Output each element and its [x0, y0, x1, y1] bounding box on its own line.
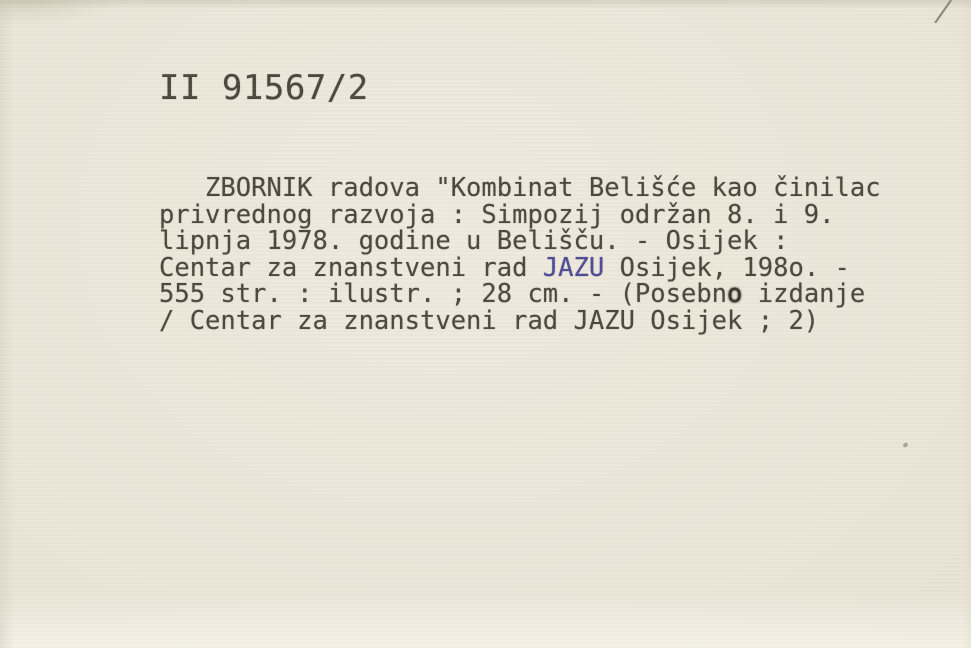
call-number: II 91567/2 — [159, 68, 369, 108]
scan-corner-shading — [0, 0, 120, 26]
record-line: privrednog razvoja : Simpozij održan 8. … — [159, 202, 881, 229]
catalog-card: / II 91567/2 ZBORNIK radova "Kombinat Be… — [0, 0, 971, 648]
record-segment: privrednog razvoja : Simpozij održan 8. … — [159, 200, 835, 230]
record-segment: izdanje — [742, 279, 865, 309]
record-segment: Centar za znanstveni rad — [159, 253, 543, 283]
record-segment: 555 str. : ilustr. ; 28 cm. - (Posebn — [159, 279, 727, 309]
record-segment: ZBORNIK radova "Kombinat Belišće kao čin… — [159, 173, 881, 203]
bibliographic-record: ZBORNIK radova "Kombinat Belišće kao čin… — [159, 175, 881, 335]
record-segment: lipnja 1978. godine u Belišču. - Osijek … — [159, 226, 788, 256]
record-line: 555 str. : ilustr. ; 28 cm. - (Posebno i… — [159, 281, 881, 308]
record-line: ZBORNIK radova "Kombinat Belišće kao čin… — [159, 175, 881, 202]
record-segment-blot: o — [727, 279, 742, 309]
record-line: Centar za znanstveni rad JAZU Osijek, 19… — [159, 255, 881, 282]
record-line: / Centar za znanstveni rad JAZU Osijek ;… — [159, 308, 881, 335]
record-line: lipnja 1978. godine u Belišču. - Osijek … — [159, 228, 881, 255]
record-segment: Osijek, 198o. - — [604, 253, 850, 283]
record-segment-blue-ink: JAZU — [543, 253, 604, 283]
record-segment: / Centar za znanstveni rad JAZU Osijek ;… — [159, 306, 819, 336]
handwritten-slash-mark: / — [936, 0, 951, 30]
ink-speck — [902, 442, 908, 447]
